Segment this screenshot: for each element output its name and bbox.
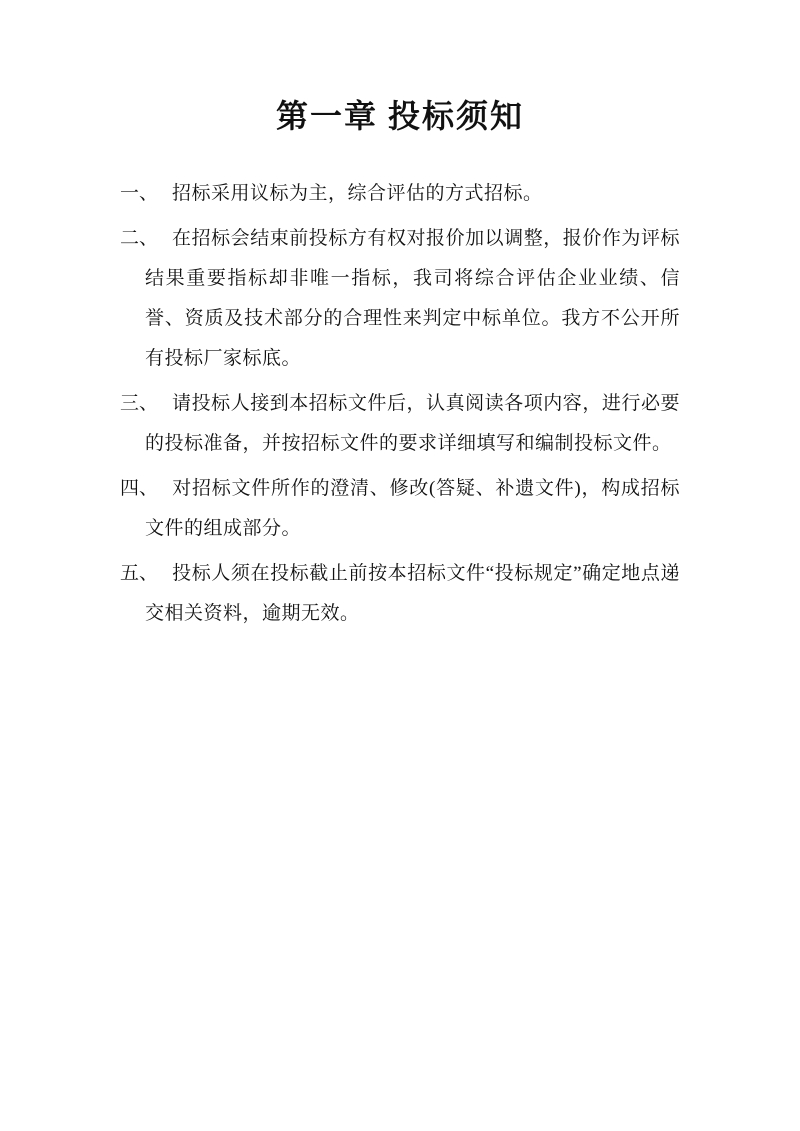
clause-text: 在招标会结束前投标方有权对报价加以调整，报价作为评标结果重要指标却非唯一指标，我… (145, 228, 680, 369)
clause-item: 一、招标采用议标为主，综合评估的方式招标。 (120, 174, 680, 214)
clause-number: 五、 (120, 554, 172, 594)
clause-number: 二、 (120, 219, 172, 259)
clause-number: 一、 (120, 174, 172, 214)
clause-list: 一、招标采用议标为主，综合评估的方式招标。 二、在招标会结束前投标方有权对报价加… (120, 174, 680, 634)
page-title: 第一章 投标须知 (120, 96, 680, 136)
document-page: 第一章 投标须知 一、招标采用议标为主，综合评估的方式招标。 二、在招标会结束前… (0, 0, 800, 1131)
clause-number: 四、 (120, 469, 172, 509)
clause-item: 五、投标人须在投标截止前按本招标文件“投标规定”确定地点递交相关资料，逾期无效。 (120, 554, 680, 634)
clause-number: 三、 (120, 384, 172, 424)
clause-text: 招标采用议标为主，综合评估的方式招标。 (172, 183, 543, 204)
clause-text: 对招标文件所作的澄清、修改(答疑、补遗文件)，构成招标文件的组成部分。 (145, 478, 680, 539)
clause-item: 三、请投标人接到本招标文件后，认真阅读各项内容，进行必要的投标准备，并按招标文件… (120, 384, 680, 464)
clause-item: 二、在招标会结束前投标方有权对报价加以调整，报价作为评标结果重要指标却非唯一指标… (120, 219, 680, 379)
clause-text: 投标人须在投标截止前按本招标文件“投标规定”确定地点递交相关资料，逾期无效。 (145, 563, 680, 624)
clause-text: 请投标人接到本招标文件后，认真阅读各项内容，进行必要的投标准备，并按招标文件的要… (145, 393, 680, 454)
clause-item: 四、对招标文件所作的澄清、修改(答疑、补遗文件)，构成招标文件的组成部分。 (120, 469, 680, 549)
